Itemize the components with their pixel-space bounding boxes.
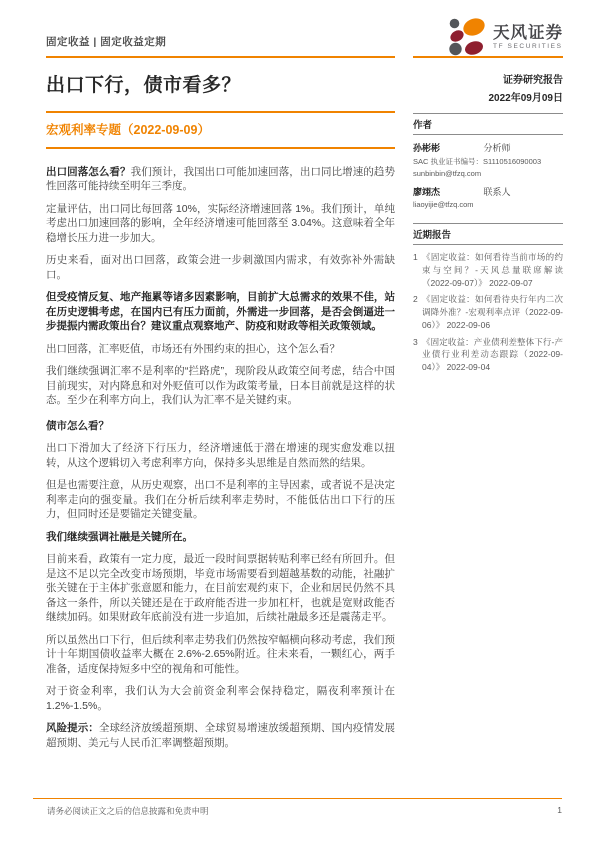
category-badge: 固定收益 | 固定收益定期 [46,34,166,49]
paragraph: 出口下滑加大了经济下行压力，经济增速低于潜在增速的现实愈发难以扭转，从这个逻辑切… [46,441,395,470]
risk-note: 风险提示：全球经济放缓超预期、全球贸易增速放缓超预期、国内疫情发展超预期、美元与… [46,721,395,750]
paragraph-emphasis: 但受疫情反复、地产拖累等诸多因素影响，目前扩大总需求的效果不佳，站在历史逻辑考虑… [46,290,395,333]
author-entry: 孙彬彬 分析师 SAC 执业证书编号：S1110516090003 sunbin… [413,141,563,178]
paragraph: 历史来看，面对出口回落，政策会进一步刺激国内需求，有效弥补外需缺口。 [46,253,395,282]
tf-securities-logo-icon [448,18,488,56]
author-role: 联系人 [484,185,511,198]
report-date: 2022年09月09日 [413,89,563,104]
author-entry: 廖翊杰 联系人 liaoyijie@tfzq.com [413,185,563,209]
paragraph: 对于资金利率，我们认为大会前资金利率会保持稳定，隔夜利率预计在1.2%-1.5%… [46,684,395,713]
recent-reports-list: 1 《固定收益：如何看待当前市场的约束与空间？-天风总量联席解读（2022-09… [413,251,563,374]
author-certificate: SAC 执业证书编号：S1110516090003 [413,156,563,167]
authors-header: 作者 [413,114,563,134]
report-item-title: 《固定收益：如何看待央行年内二次调降外准？-宏观利率点评（2022-09-06）… [422,293,563,331]
sidebar: 天风证券 TF SECURITIES 证券研究报告 2022年09月09日 作者… [413,22,563,758]
paragraph: 目前来看，政策有一定力度，最近一段时间票据转贴利率已经有所回升。但是这不足以完全… [46,552,395,624]
paragraph: 所以虽然出口下行，但后续利率走势我们仍然按窄幅横向移动考虑，我们预计十年期国债收… [46,633,395,676]
report-subtitle: 宏观利率专题（2022-09-09） [46,123,210,137]
report-meta: 证券研究报告 2022年09月09日 [413,71,563,104]
page-number: 1 [557,805,562,817]
author-name: 廖翊杰 [413,185,484,198]
report-item-number: 1 [413,251,422,289]
paragraph-emphasis: 我们继续强调社融是关键所在。 [46,530,395,544]
report-list-item: 2 《固定收益：如何看待央行年内二次调降外准？-宏观利率点评（2022-09-0… [413,293,563,331]
author-email: liaoyijie@tfzq.com [413,200,563,209]
report-list-item: 1 《固定收益：如何看待当前市场的约束与空间？-天风总量联席解读（2022-09… [413,251,563,289]
paragraph-lead: 出口回落怎么看？ [46,166,131,178]
author-name: 孙彬彬 [413,141,484,154]
brand-name: 天风证券 TF SECURITIES [493,24,563,49]
paragraph: 但是也需要注意，从历史观察，出口不是利率的主导因素，或者说不是决定利率走向的强变… [46,478,395,521]
divider [413,244,563,245]
footer-disclaimer: 请务必阅读正文之后的信息披露和免责申明 [47,805,209,817]
paragraph: 我们继续强调汇率不是利率的“拦路虎”，现阶段从政策空间考虑，结合中国目前现实，对… [46,364,395,407]
paragraph: 定量评估，出口同比每回落 10%，实际经济增速回落 1%。我们预计，单纯考虑出口… [46,202,395,245]
report-item-number: 2 [413,293,422,331]
brand-name-en: TF SECURITIES [493,43,563,50]
report-type-label: 证券研究报告 [413,71,563,86]
recent-reports-header: 近期报告 [413,224,563,244]
risk-note-label: 风险提示： [46,722,99,734]
divider [413,134,563,135]
paragraph: 出口回落，汇率贬值，市场还有外围约束的担心，这个怎么看？ [46,342,395,356]
author-email: sunbinbin@tfzq.com [413,169,563,178]
report-item-title: 《固定收益：如何看待当前市场的约束与空间？-天风总量联席解读（2022-09-0… [422,251,563,289]
page-title: 出口下行，债市看多？ [46,70,395,97]
category-badge-row: 固定收益 | 固定收益定期 [46,22,395,58]
report-item-number: 3 [413,336,422,374]
report-body: 出口回落怎么看？我们预计，我国出口可能加速回落，出口同比增速的趋势性回落可能持续… [46,165,395,750]
section-heading: 债市怎么看？ [46,419,395,433]
report-subtitle-box: 宏观利率专题（2022-09-09） [46,111,395,149]
paragraph: 出口回落怎么看？我们预计，我国出口可能加速回落，出口同比增速的趋势性回落可能持续… [46,165,395,194]
report-list-item: 3 《固定收益：产业债利差整体下行-产业债行业利差动态跟踪（2022-09-04… [413,336,563,374]
page-footer: 请务必阅读正文之后的信息披露和免责申明 1 [33,798,562,817]
authors-section: 作者 孙彬彬 分析师 SAC 执业证书编号：S1110516090003 sun… [413,113,563,209]
recent-reports-section: 近期报告 1 《固定收益：如何看待当前市场的约束与空间？-天风总量联席解读（20… [413,223,563,374]
report-item-title: 《固定收益：产业债利差整体下行-产业债行业利差动态跟踪（2022-09-04）》… [422,336,563,374]
author-role: 分析师 [484,141,511,154]
brand-logo: 天风证券 TF SECURITIES [413,22,563,58]
main-column: 固定收益 | 固定收益定期 出口下行，债市看多？ 宏观利率专题（2022-09-… [46,22,395,758]
brand-name-cn: 天风证券 [493,24,563,42]
report-page: 固定收益 | 固定收益定期 出口下行，债市看多？ 宏观利率专题（2022-09-… [0,0,595,841]
